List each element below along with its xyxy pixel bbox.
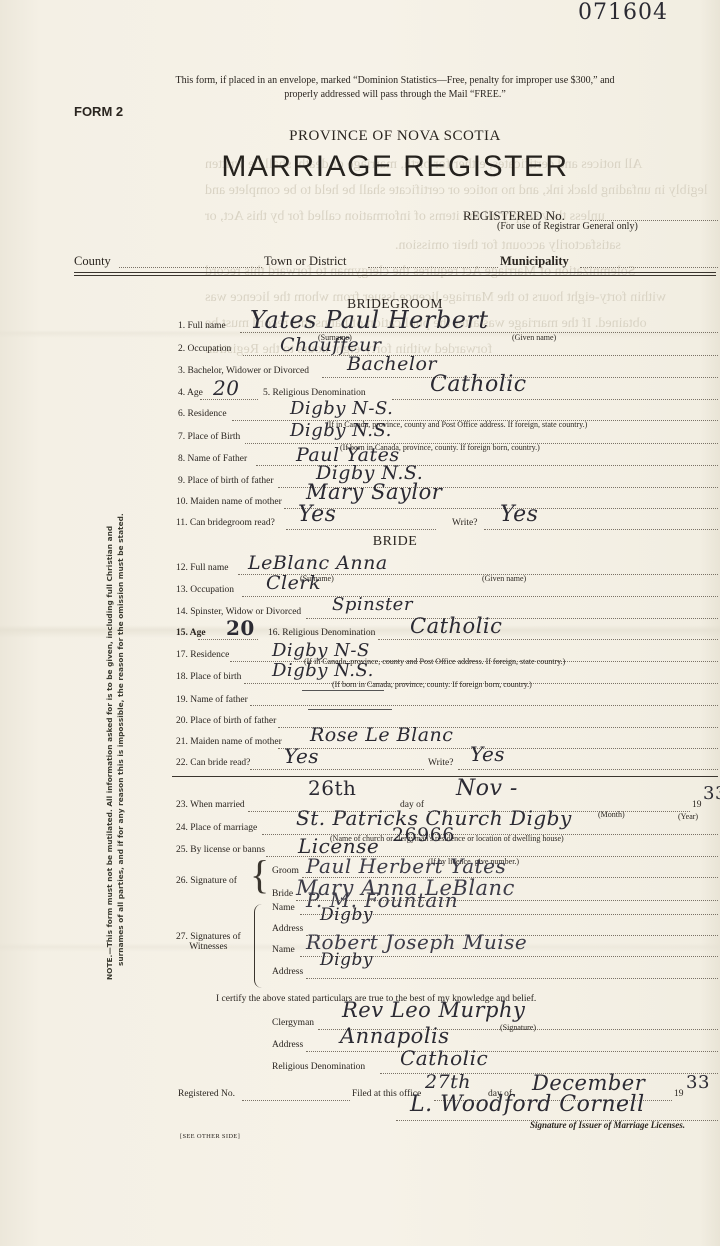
witnesses-label-line1: 27. Signatures of: [176, 932, 241, 942]
witness1-address-label: Address: [272, 924, 303, 934]
groom-signature[interactable]: Paul Herbert Yates: [306, 854, 506, 878]
side-note-line1: NOTE.—This form must not be mutilated. A…: [104, 440, 115, 980]
groom-mother-value[interactable]: Mary Saylor: [306, 480, 442, 504]
filed-year-value[interactable]: 33: [686, 1072, 710, 1093]
province-heading: PROVINCE OF NOVA SCOTIA: [0, 128, 720, 145]
dotted-line: [392, 399, 718, 400]
registered-no-note: (For use of Registrar General only): [497, 221, 638, 232]
side-note: NOTE.—This form must not be mutilated. A…: [104, 440, 126, 980]
groom-read-label: 11. Can bridegroom read?: [176, 518, 275, 528]
county-field[interactable]: [119, 267, 262, 268]
brace: [254, 904, 265, 988]
bride-age-value[interactable]: 20: [226, 616, 255, 640]
dotted-line: [484, 529, 718, 530]
groom-religion-label: 5. Religious Denomination: [263, 388, 366, 398]
postal-notice-line1: This form, if placed in an envelope, mar…: [0, 75, 720, 86]
bride-father-birthplace-label: 20. Place of birth of father: [176, 716, 276, 726]
groom-write-value[interactable]: Yes: [500, 502, 538, 527]
groom-age-label: 4. Age: [178, 388, 203, 398]
groom-father-birthplace-label: 9. Place of birth of father: [178, 476, 274, 486]
bride-birthplace-label: 18. Place of birth: [176, 672, 241, 682]
groom-status-label: 3. Bachelor, Widower or Divorced: [178, 366, 309, 376]
dotted-line: [378, 639, 718, 640]
groom-signature-label: Groom: [272, 866, 299, 876]
bride-full-name-value[interactable]: LeBlanc Anna: [248, 552, 388, 574]
page-title: MARRIAGE REGISTER: [0, 150, 720, 184]
groom-full-name-value[interactable]: Yates Paul Herbert: [250, 306, 489, 334]
witness1-address[interactable]: Digby: [320, 905, 373, 925]
bride-write-label: Write?: [428, 758, 453, 768]
form-label: FORM 2: [74, 104, 123, 119]
bride-write-value[interactable]: Yes: [470, 742, 505, 766]
bride-birthplace-value[interactable]: Digby N.S.: [272, 660, 374, 681]
bride-heading: BRIDE: [0, 534, 720, 550]
dotted-line: [250, 769, 424, 770]
groom-mother-label: 10. Maiden name of mother: [176, 497, 282, 507]
groom-father-label: 8. Name of Father: [178, 454, 247, 464]
groom-residence-value[interactable]: Digby N-S.: [290, 398, 393, 419]
bride-religion-label: 16. Religious Denomination: [268, 628, 375, 638]
bride-mother-value[interactable]: Rose Le Blanc: [310, 724, 453, 746]
divider: [74, 275, 716, 276]
place-of-marriage-label: 24. Place of marriage: [176, 823, 257, 833]
dotted-line: [306, 1051, 718, 1052]
year-prefix: 19: [692, 800, 702, 810]
dotted-line: [458, 769, 718, 770]
marriage-day-value[interactable]: 26th: [308, 776, 356, 800]
see-other-side: [SEE OTHER SIDE]: [180, 1133, 240, 1140]
bride-signature-label: Bride: [272, 889, 293, 899]
bleed-through-text: legibly in unfading black ink, and no no…: [205, 183, 708, 199]
witnesses-label: 27. Signatures of Witnesses: [176, 932, 241, 952]
signature-hint: (Signature): [500, 1023, 536, 1032]
groom-write-label: Write?: [452, 518, 477, 528]
groom-age-value[interactable]: 20: [213, 376, 239, 400]
clergyman-label: Clergyman: [272, 1018, 314, 1028]
bride-father-label: 19. Name of father: [176, 695, 248, 705]
clergyman-signature[interactable]: Rev Leo Murphy: [342, 998, 525, 1022]
bride-occupation-value[interactable]: Clerk: [266, 572, 321, 594]
license-number-value[interactable]: 26966: [392, 824, 455, 846]
marriage-year-value[interactable]: 33: [703, 783, 720, 804]
groom-full-name-label: 1. Full name: [178, 321, 226, 331]
issuer-label: Signature of Issuer of Marriage Licenses…: [530, 1120, 685, 1130]
clergyman-address[interactable]: Annapolis: [340, 1024, 450, 1048]
side-note-line2: surnames of all parties, and if for any …: [115, 440, 126, 980]
bride-read-label: 22. Can bride read?: [176, 758, 250, 768]
bride-given-hint: (Given name): [482, 574, 526, 583]
groom-occupation-label: 2. Occupation: [178, 344, 231, 354]
dotted-line: [242, 596, 718, 597]
dotted-line: [306, 978, 718, 979]
dotted-line: [286, 529, 436, 530]
groom-read-value[interactable]: Yes: [298, 502, 336, 527]
dotted-line: [250, 705, 718, 706]
municipality-field[interactable]: [580, 267, 718, 268]
underline-stroke: [302, 690, 384, 691]
groom-birthplace-value[interactable]: Digby N.S.: [290, 420, 392, 441]
underline-stroke: [308, 709, 392, 710]
town-label: Town or District: [264, 254, 346, 269]
groom-residence-label: 6. Residence: [178, 409, 227, 419]
witness2-address-label: Address: [272, 967, 303, 977]
denomination-label: Religious Denomination: [272, 1062, 365, 1072]
stamp-number: 071604: [578, 0, 668, 25]
witness2-address[interactable]: Digby: [320, 950, 373, 970]
municipality-label: Municipality: [500, 254, 569, 269]
bride-status-value[interactable]: Spinster: [332, 594, 413, 615]
town-field[interactable]: [368, 267, 498, 268]
bride-occupation-label: 13. Occupation: [176, 585, 234, 595]
given-name-hint: (Given name): [512, 333, 556, 342]
divider: [74, 272, 716, 273]
county-label: County: [74, 254, 111, 269]
dotted-line: [306, 618, 718, 619]
witnesses-label-line2: Witnesses: [176, 942, 241, 952]
bride-read-value[interactable]: Yes: [284, 744, 319, 768]
filed-year-prefix: 19: [674, 1089, 684, 1099]
bride-age-label: 15. Age: [176, 628, 206, 638]
bride-birth-hint: (If born in Canada, province, county. If…: [332, 680, 532, 689]
registered-no-bottom-field[interactable]: [242, 1100, 350, 1101]
groom-status-value[interactable]: Bachelor: [347, 353, 437, 375]
clergyman-address-label: Address: [272, 1040, 303, 1050]
denomination-value[interactable]: Catholic: [400, 1046, 488, 1070]
marriage-month-value[interactable]: Nov -: [456, 776, 518, 801]
bleed-through-text: satisfactorily account for their omissio…: [395, 238, 621, 254]
bride-religion-value[interactable]: Catholic: [410, 614, 502, 638]
witness2-name-label: Name: [272, 945, 295, 955]
postal-notice-line2: properly addressed will pass through the…: [0, 89, 720, 100]
brace: {: [250, 855, 269, 895]
filed-day-value[interactable]: 27th: [425, 1071, 471, 1093]
divider: [172, 776, 718, 777]
month-hint: (Month): [598, 810, 625, 819]
when-married-label: 23. When married: [176, 800, 245, 810]
groom-religion-value[interactable]: Catholic: [430, 372, 527, 397]
bride-full-name-label: 12. Full name: [176, 563, 229, 573]
groom-birthplace-label: 7. Place of Birth: [178, 432, 240, 442]
bride-residence-label: 17. Residence: [176, 650, 229, 660]
year-hint: (Year): [678, 812, 698, 821]
witness1-name-label: Name: [272, 903, 295, 913]
bride-mother-label: 21. Maiden name of mother: [176, 737, 282, 747]
registered-no-bottom-label: Registered No.: [178, 1089, 235, 1099]
signature-of-label: 26. Signature of: [176, 876, 237, 886]
issuer-signature[interactable]: L. Woodford Cornell: [410, 1092, 645, 1117]
